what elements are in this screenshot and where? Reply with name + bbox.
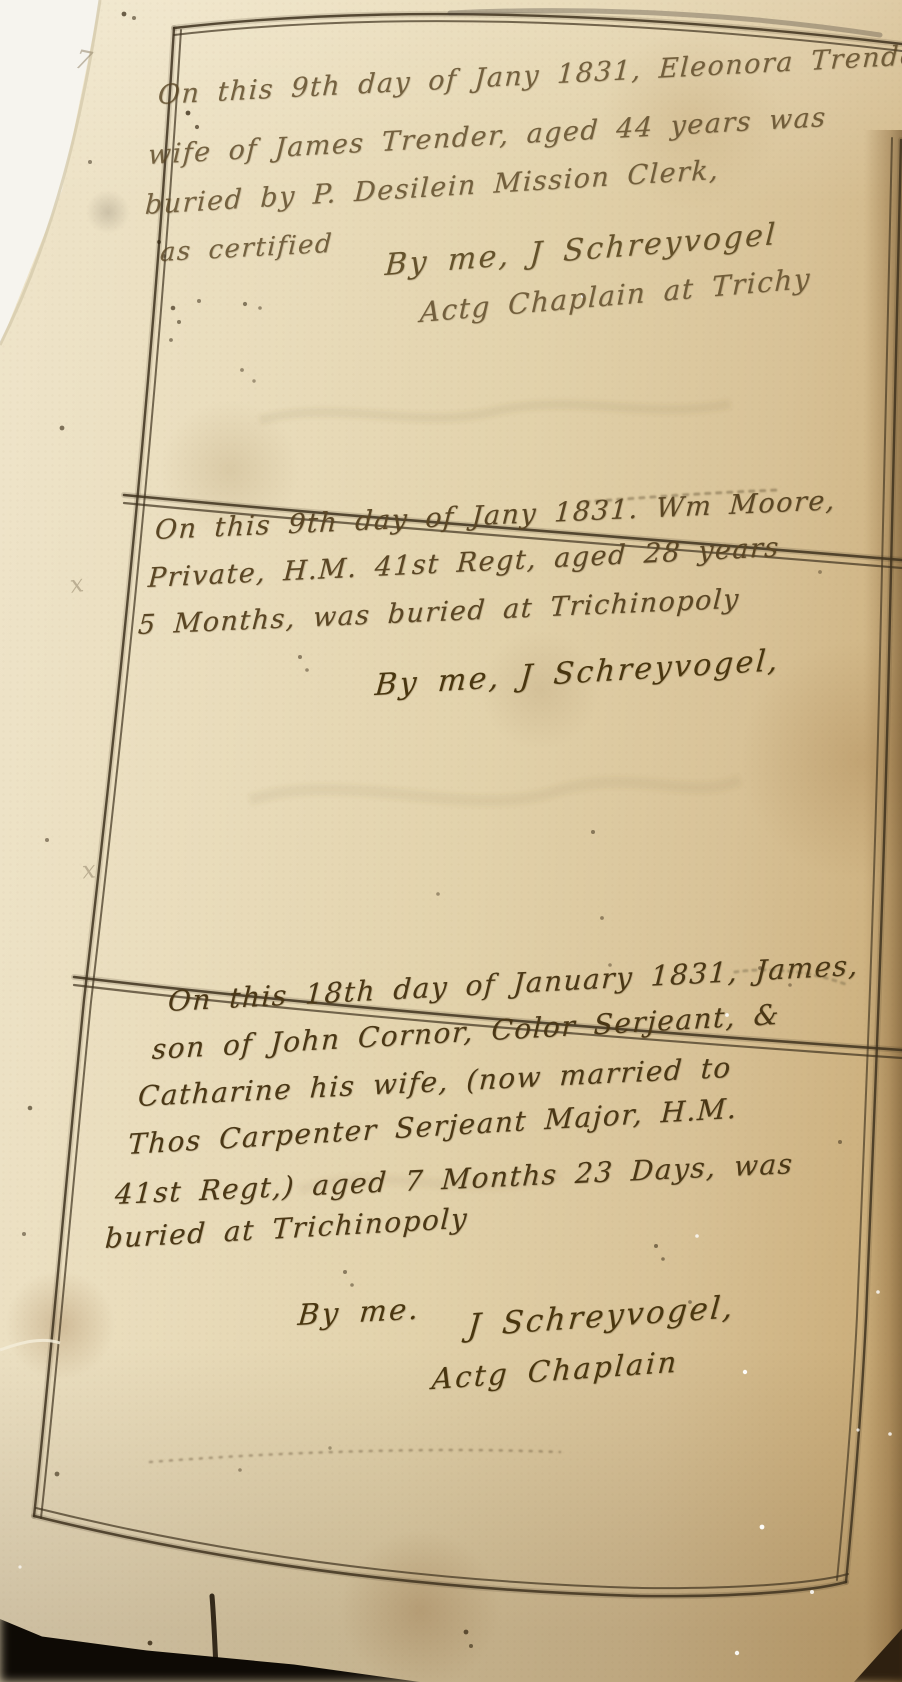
attestation-label: By me. [297, 1291, 423, 1332]
pencil-tick-mark: x [81, 855, 97, 884]
register-photo: On this 9th day of Jany 1831, Eleonora T… [0, 0, 902, 1682]
